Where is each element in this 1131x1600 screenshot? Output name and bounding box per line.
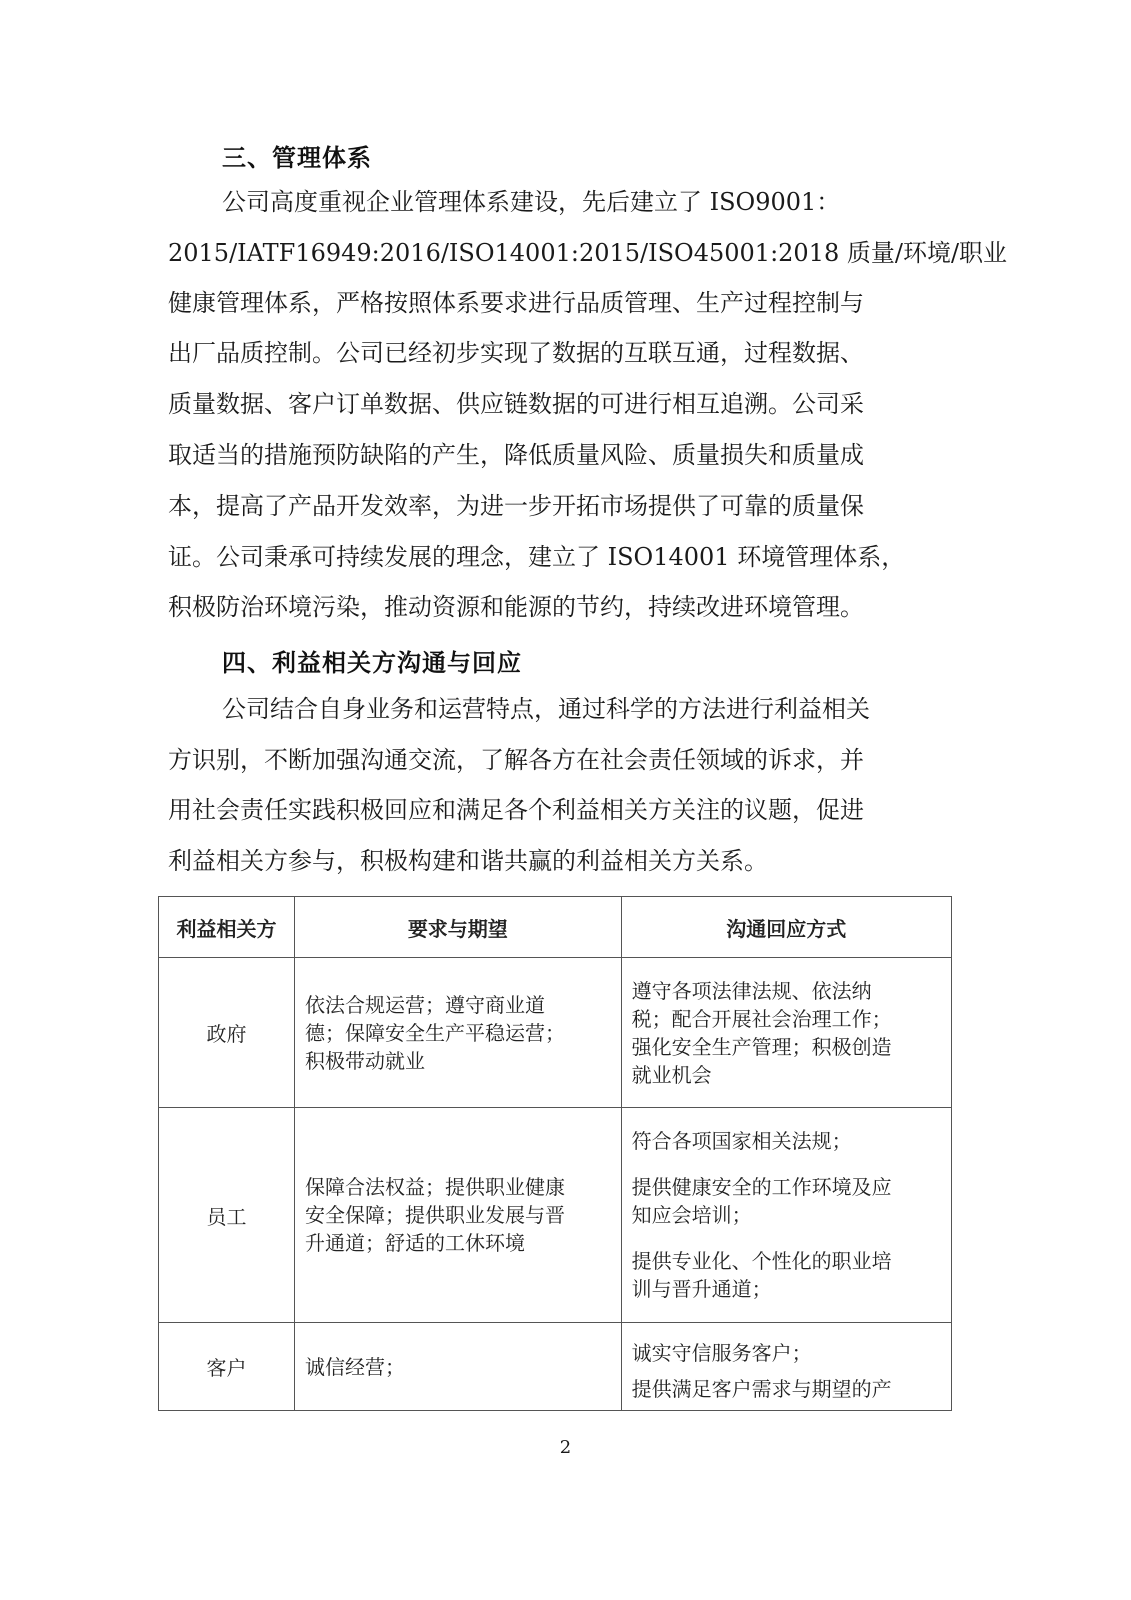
paragraph-line: 利益相关方参与，积极构建和谐共赢的利益相关方关系。 bbox=[168, 846, 768, 876]
cell-line: 保障合法权益；提供职业健康 bbox=[305, 1173, 611, 1201]
document-page: 三、管理体系 公司高度重视企业管理体系建设，先后建立了 ISO9001： 201… bbox=[0, 0, 1131, 1600]
cell-line: 就业机会 bbox=[632, 1061, 941, 1089]
paragraph-line: 取适当的措施预防缺陷的产生，降低质量风险、质量损失和质量成 bbox=[168, 440, 864, 470]
cell-line: 德；保障安全生产平稳运营； bbox=[305, 1019, 611, 1047]
stakeholder-cell: 员工 bbox=[159, 1108, 295, 1323]
table-row: 政府 依法合规运营；遵守商业道 德；保障安全生产平稳运营； 积极带动就业 遵守各… bbox=[159, 958, 952, 1108]
paragraph-line: 本，提高了产品开发效率，为进一步开拓市场提供了可靠的质量保 bbox=[168, 491, 864, 521]
stakeholder-cell: 客户 bbox=[159, 1323, 295, 1411]
cell-line: 训与晋升通道； bbox=[632, 1275, 941, 1303]
paragraph-line: 方识别，不断加强沟通交流，了解各方在社会责任领域的诉求，并 bbox=[168, 745, 864, 775]
response-cell: 遵守各项法律法规、依法纳 税；配合开展社会治理工作； 强化安全生产管理；积极创造… bbox=[621, 958, 951, 1108]
paragraph-line: 健康管理体系，严格按照体系要求进行品质管理、生产过程控制与 bbox=[168, 288, 864, 318]
paragraph-line: 用社会责任实践积极回应和满足各个利益相关方关注的议题，促进 bbox=[168, 795, 864, 825]
cell-line: 税；配合开展社会治理工作； bbox=[632, 1005, 941, 1033]
header-stakeholder: 利益相关方 bbox=[159, 897, 295, 958]
cell-line: 积极带动就业 bbox=[305, 1047, 611, 1075]
section-4-heading: 四、利益相关方沟通与回应 bbox=[222, 643, 522, 678]
stakeholder-table: 利益相关方 要求与期望 沟通回应方式 政府 依法合规运营；遵守商业道 德；保障安… bbox=[158, 896, 952, 1411]
cell-line: 依法合规运营；遵守商业道 bbox=[305, 991, 611, 1019]
response-cell: 诚实守信服务客户； 提供满足客户需求与期望的产 bbox=[621, 1323, 951, 1411]
page-number: 2 bbox=[0, 1437, 1131, 1458]
expectation-cell: 诚信经营； bbox=[295, 1323, 622, 1411]
expectation-cell: 保障合法权益；提供职业健康 安全保障；提供职业发展与晋 升通道；舒适的工休环境 bbox=[295, 1108, 622, 1323]
cell-line: 遵守各项法律法规、依法纳 bbox=[632, 977, 941, 1005]
stakeholder-cell: 政府 bbox=[159, 958, 295, 1108]
section-3-heading: 三、管理体系 bbox=[222, 138, 372, 173]
cell-line: 安全保障；提供职业发展与晋 bbox=[305, 1201, 611, 1229]
response-cell: 符合各项国家相关法规； 提供健康安全的工作环境及应 知应会培训； 提供专业化、个… bbox=[621, 1108, 951, 1323]
paragraph-line: 2015/IATF16949:2016/ISO14001:2015/ISO450… bbox=[168, 238, 1007, 268]
cell-line: 诚实守信服务客户； bbox=[632, 1339, 941, 1367]
cell-line: 强化安全生产管理；积极创造 bbox=[632, 1033, 941, 1061]
paragraph-line: 积极防治环境污染，推动资源和能源的节约，持续改进环境管理。 bbox=[168, 592, 864, 622]
table-header-row: 利益相关方 要求与期望 沟通回应方式 bbox=[159, 897, 952, 958]
header-response: 沟通回应方式 bbox=[621, 897, 951, 958]
expectation-cell: 依法合规运营；遵守商业道 德；保障安全生产平稳运营； 积极带动就业 bbox=[295, 958, 622, 1108]
paragraph-line: 质量数据、客户订单数据、供应链数据的可进行相互追溯。公司采 bbox=[168, 389, 864, 419]
cell-line: 提供健康安全的工作环境及应 bbox=[632, 1173, 941, 1201]
cell-line: 提供专业化、个性化的职业培 bbox=[632, 1247, 941, 1275]
cell-line: 提供满足客户需求与期望的产 bbox=[632, 1375, 941, 1403]
table-row: 客户 诚信经营； 诚实守信服务客户； 提供满足客户需求与期望的产 bbox=[159, 1323, 952, 1411]
cell-line: 知应会培训； bbox=[632, 1201, 941, 1229]
cell-line: 诚信经营； bbox=[305, 1353, 611, 1381]
paragraph-line: 证。公司秉承可持续发展的理念，建立了 ISO14001 环境管理体系， bbox=[168, 542, 905, 572]
cell-line: 升通道；舒适的工休环境 bbox=[305, 1229, 611, 1257]
paragraph-line: 公司高度重视企业管理体系建设，先后建立了 ISO9001： bbox=[222, 187, 840, 217]
paragraph-line: 出厂品质控制。公司已经初步实现了数据的互联互通，过程数据、 bbox=[168, 338, 864, 368]
header-expectation: 要求与期望 bbox=[295, 897, 622, 958]
table-row: 员工 保障合法权益；提供职业健康 安全保障；提供职业发展与晋 升通道；舒适的工休… bbox=[159, 1108, 952, 1323]
cell-line: 符合各项国家相关法规； bbox=[632, 1127, 941, 1155]
paragraph-line: 公司结合自身业务和运营特点，通过科学的方法进行利益相关 bbox=[222, 694, 870, 724]
